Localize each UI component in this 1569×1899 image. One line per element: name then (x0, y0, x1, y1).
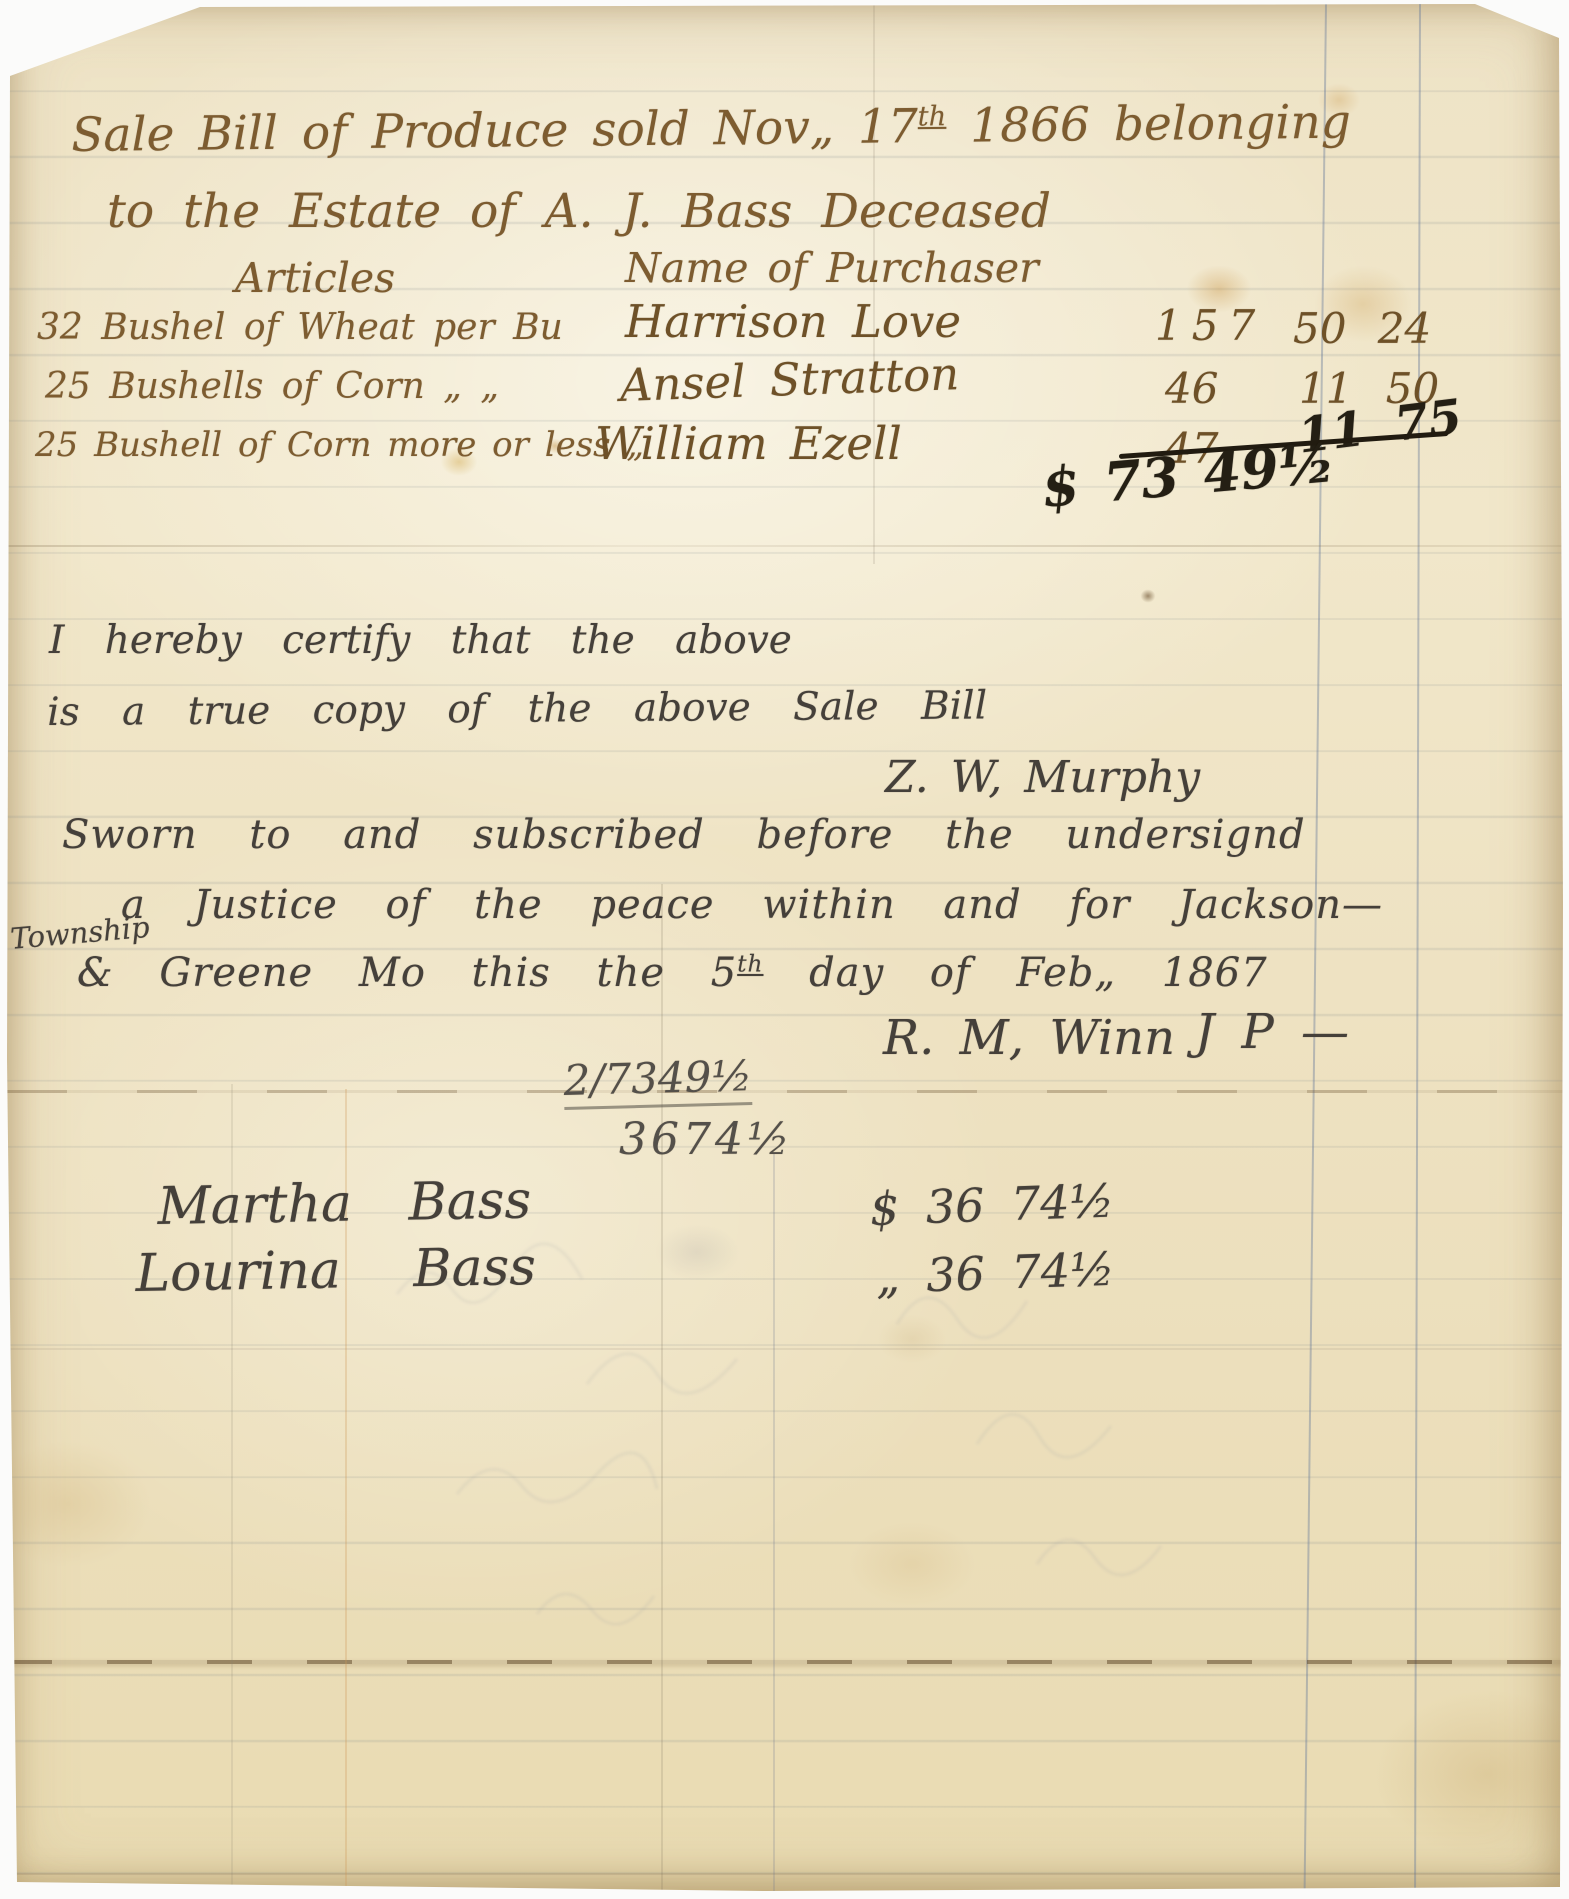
sworn-line3-text: & Greene Mo this the 5 (77, 950, 737, 996)
ink-bleed-through-marks (337, 1234, 1337, 1684)
certification-line-1: I hereby certify that the above (49, 618, 792, 663)
table-row-purchaser: Harrison Love (625, 295, 961, 348)
heir-amount: $ 36 74½ (869, 1173, 1115, 1235)
title-line-2: to the Estate of A. J. Bass Deceased (107, 184, 1051, 239)
articles-column-header: Articles (235, 254, 395, 302)
heir-name: Martha Bass (157, 1170, 532, 1237)
division-expression: 2/7349½ (563, 1051, 753, 1110)
table-row-article: 32 Bushel of Wheat per Bu (37, 307, 563, 348)
heir-amount: „ 36 74½ (875, 1242, 1115, 1304)
justice-signature: R. M, Winn (883, 1010, 1175, 1066)
sworn-line-1: Sworn to and subscribed before the under… (62, 812, 1306, 858)
certification-line-2: is a true copy of the above Sale Bill (47, 683, 987, 735)
paper-sheet: Sale Bill of Produce sold Nov„ 17th 1866… (7, 4, 1563, 1891)
division-result: 3674½ (619, 1114, 794, 1165)
table-row-price: 157 (1155, 301, 1265, 350)
sworn-line3-ordinal: th (737, 951, 763, 978)
justice-title-jp: J P — (1195, 1004, 1349, 1060)
title-line1-text: Sale Bill of Produce sold Nov„ 17 (71, 99, 918, 163)
clerk-signature: Z. W, Murphy (885, 752, 1200, 803)
table-row-article: 25 Bushells of Corn „ „ (45, 366, 499, 407)
sworn-line-2: a Justice of the peace within and for Ja… (121, 882, 1383, 928)
table-row-article: 25 Bushell of Corn more or less „ (35, 425, 644, 465)
table-row-purchaser: William Ezell (595, 417, 902, 470)
table-row-price: 46 (1165, 364, 1218, 413)
sworn-line3-tail: day of Feb„ 1867 (763, 950, 1267, 996)
title-line1-tail: 1866 belonging (946, 95, 1351, 154)
scanned-document: Sale Bill of Produce sold Nov„ 17th 1866… (0, 0, 1569, 1899)
heir-name: Lourina Bass (135, 1237, 536, 1304)
purchaser-column-header: Name of Purchaser (625, 244, 1039, 292)
title-ordinal-suffix: th (918, 101, 947, 132)
table-row-amount: 50 24 (1293, 304, 1431, 353)
sworn-line-3: & Greene Mo this the 5th day of Feb„ 186… (77, 950, 1268, 996)
